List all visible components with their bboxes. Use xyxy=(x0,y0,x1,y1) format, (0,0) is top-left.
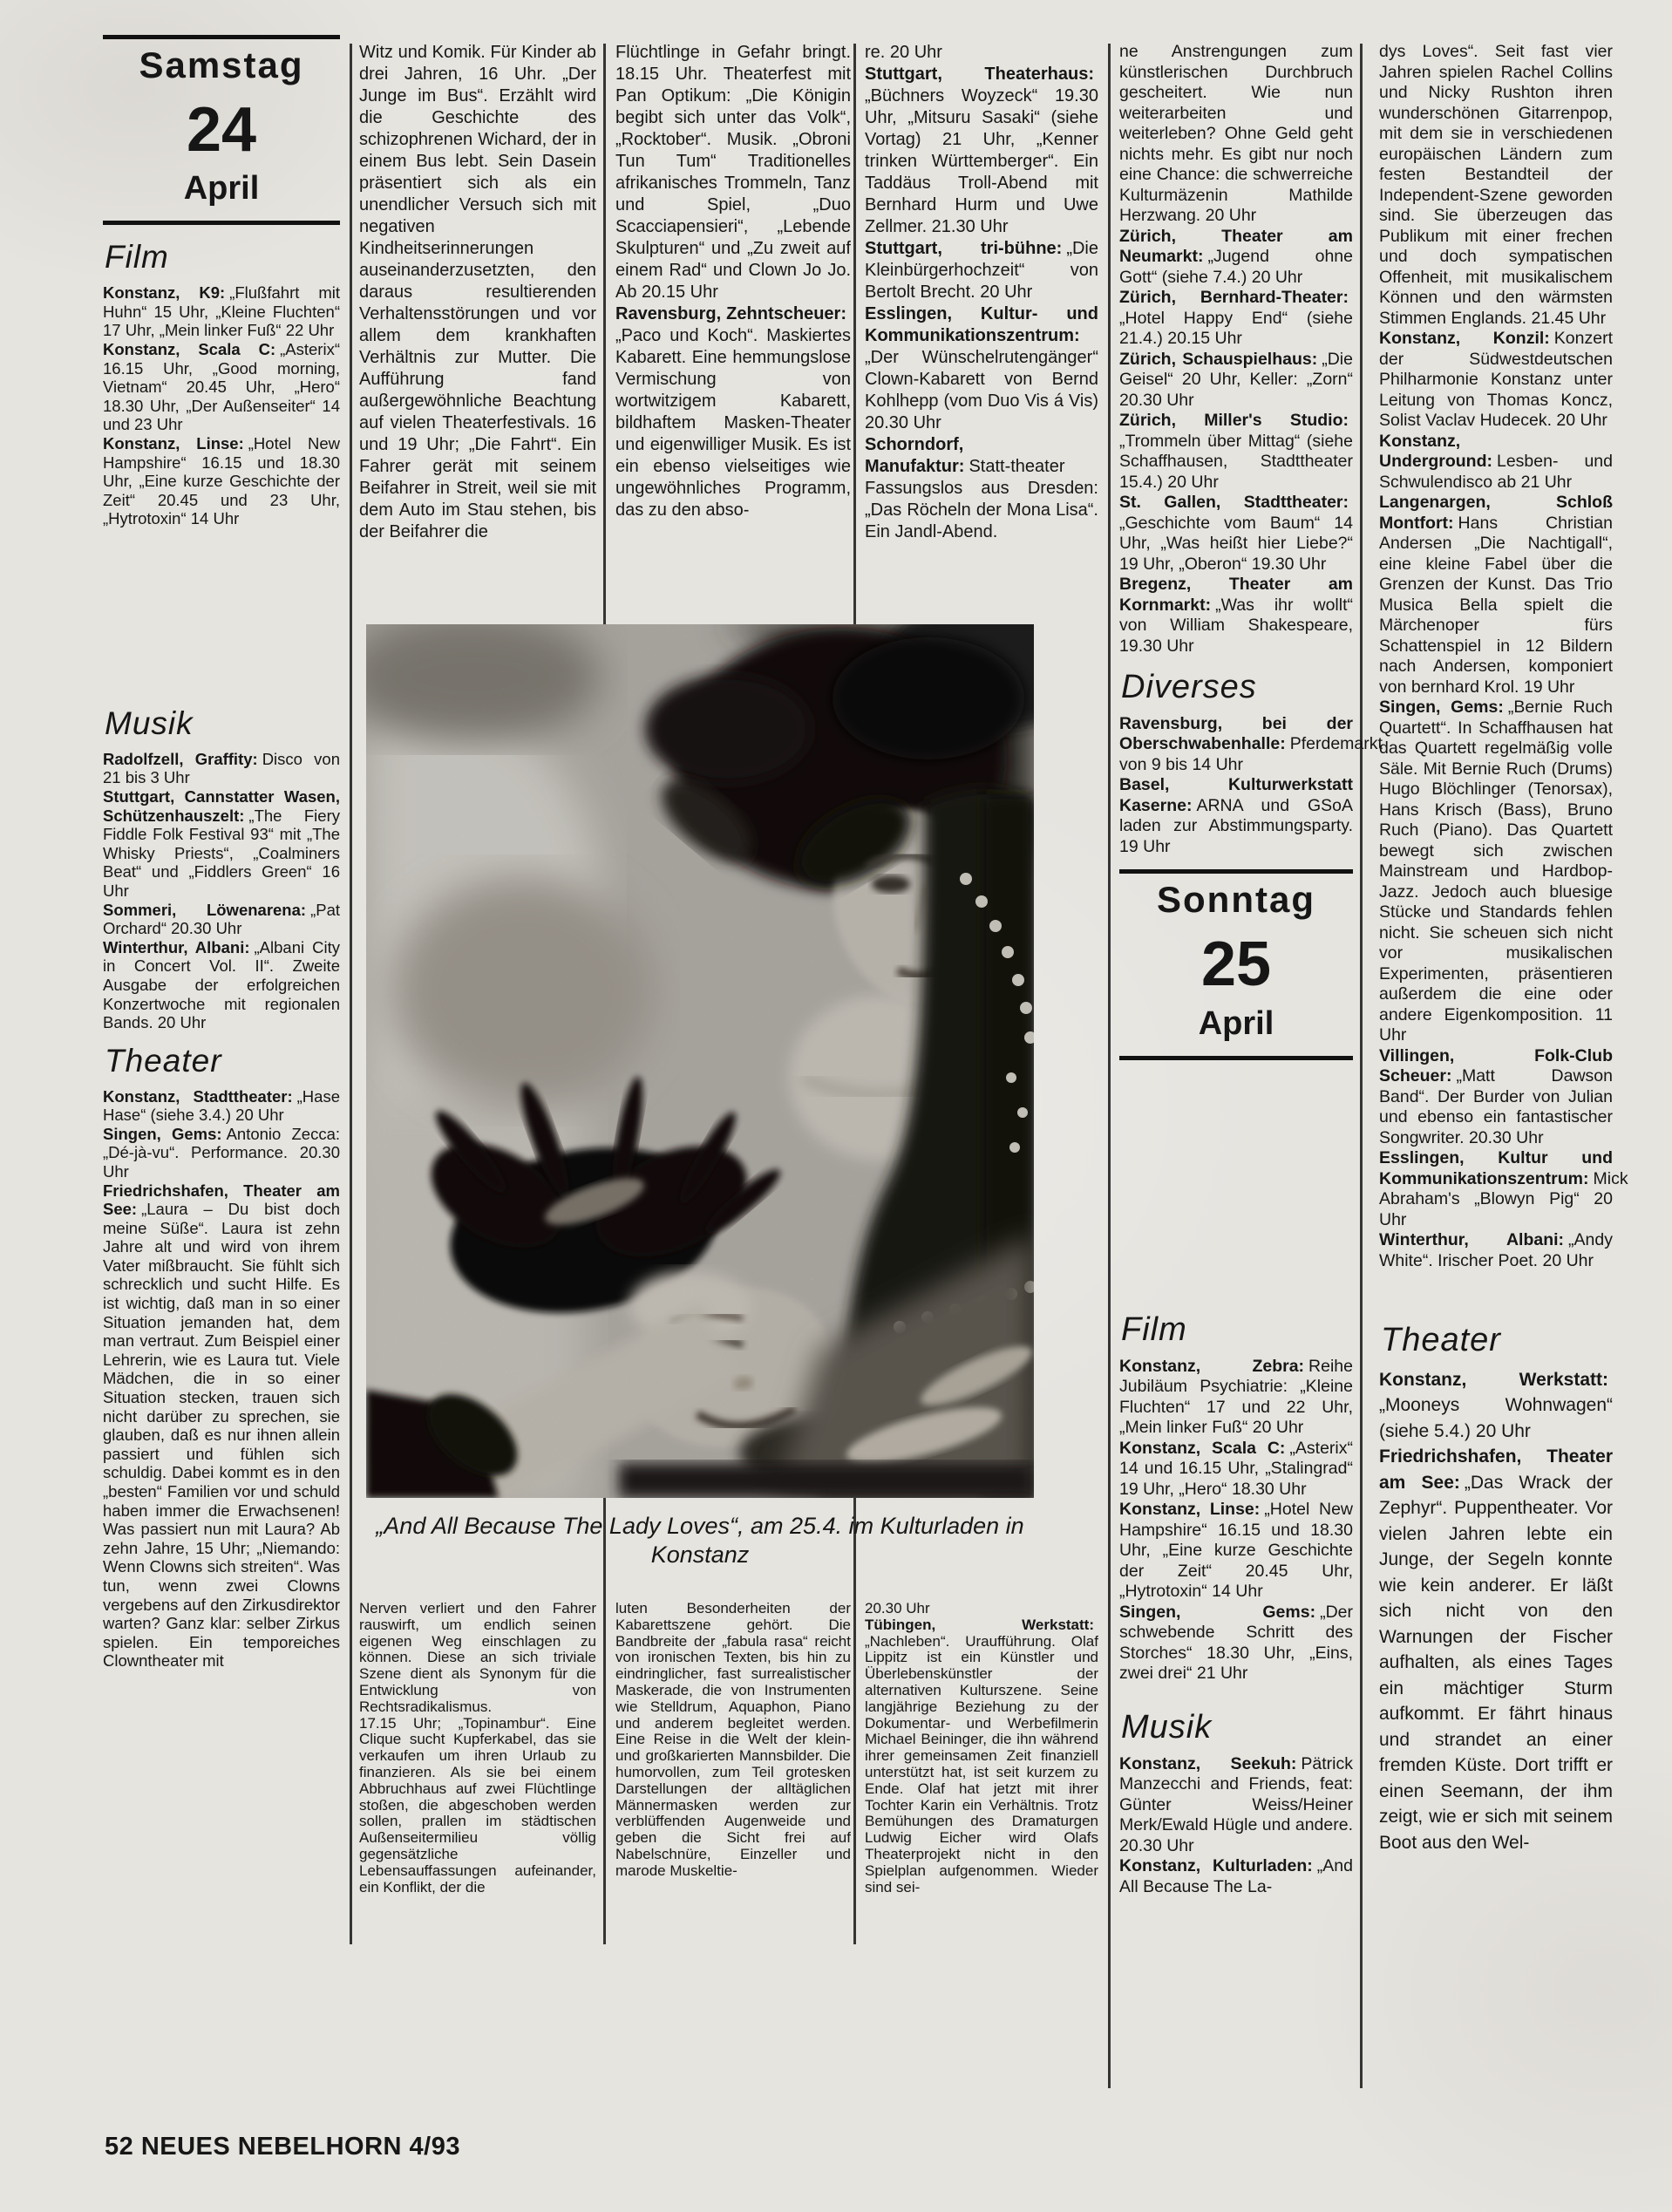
event-entry: Zürich, Schauspielhaus:„Die Geisel“ 20 U… xyxy=(1119,350,1353,412)
entry-venue: Winterthur, Albani: xyxy=(103,938,250,956)
event-entry: Zürich, Bernhard-Theater:„Hotel Happy En… xyxy=(1119,288,1353,350)
entry-text: Witz und Komik. Für Kinder ab drei Jahre… xyxy=(359,43,596,541)
entry-venue: Zürich, Schauspielhaus: xyxy=(1119,350,1317,369)
column-divider xyxy=(350,44,352,1944)
event-photo xyxy=(366,624,1034,1498)
entry-venue: Zürich, Bernhard-Theater: xyxy=(1119,288,1349,307)
entry-text: „Laura – Du bist doch meine Süße“. Laura… xyxy=(103,1200,340,1670)
event-entry: Konstanz, Stadttheater:„Hase Hase“ (sieh… xyxy=(103,1087,340,1125)
entry-venue: Konstanz, Scala C: xyxy=(1119,1439,1285,1458)
event-entry: Schorndorf, Manufaktur:Statt-theater Fas… xyxy=(865,434,1098,543)
event-entry: Villingen, Folk-Club Scheuer:„Matt Dawso… xyxy=(1379,1046,1613,1149)
event-entry: Konstanz, Konzil:Konzert der Südwestdeut… xyxy=(1379,329,1613,432)
continuation-paragraph: re. 20 Uhr xyxy=(865,42,1098,64)
event-entry: Konstanz, Underground:Lesben- und Schwul… xyxy=(1379,432,1613,493)
column-col1: Samstag24AprilFilmKonstanz, K9:„Flußfahr… xyxy=(103,35,340,1671)
event-entry: Radolfzell, Graffity:Disco von 21 bis 3 … xyxy=(103,750,340,787)
column-divider xyxy=(1108,44,1111,2088)
column-col3bot: luten Besonderheiten der Kabarettszene g… xyxy=(615,1601,851,1880)
entry-venue: Konstanz, Linse: xyxy=(1119,1500,1260,1519)
entry-text: „Bernie Ruch Quartett“. In Schaffhausen … xyxy=(1379,698,1613,1045)
day-number: 25 xyxy=(1119,935,1353,994)
continuation-paragraph: 20.30 Uhr xyxy=(865,1601,1098,1617)
column-divider xyxy=(1360,44,1363,2088)
entry-venue: Sommeri, Löwenarena: xyxy=(103,901,306,919)
entry-text: luten Besonderheiten der Kabarettszene g… xyxy=(615,1600,851,1879)
section-heading: Film xyxy=(105,241,340,275)
entry-venue: Konstanz, Underground: xyxy=(1379,432,1492,472)
entry-venue: Konstanz, Konzil: xyxy=(1379,329,1550,348)
day-name: Sonntag xyxy=(1119,881,1353,919)
entry-text: 20.30 Uhr xyxy=(865,1600,930,1616)
entry-text: „Paco und Koch“. Maskiertes Kabarett. Ei… xyxy=(615,326,851,520)
event-entry: Stuttgart, Theaterhaus:„Büchners Woyzeck… xyxy=(865,64,1098,238)
event-entry: Singen, Gems:„Der schwebende Schritt des… xyxy=(1119,1603,1353,1685)
page-footer: 52 NEUES NEBELHORN 4/93 xyxy=(105,2133,460,2161)
entry-venue: Konstanz, Stadttheater: xyxy=(103,1087,293,1106)
entry-text: 17.15 Uhr; „Topinambur“. Eine Clique suc… xyxy=(359,1715,596,1896)
day-name: Samstag xyxy=(103,46,340,85)
column-col4top: re. 20 UhrStuttgart, Theaterhaus:„Büchne… xyxy=(865,42,1098,543)
section-heading: Musik xyxy=(1121,1711,1353,1746)
entry-text: Nerven verliert und den Fahrer rauswirft… xyxy=(359,1600,596,1715)
entry-venue: Stuttgart, tri-bühne: xyxy=(865,239,1062,258)
event-entry: Singen, Gems:Antonio Zecca: „Dé-jà-vu“. … xyxy=(103,1125,340,1181)
entry-venue: Konstanz, K9: xyxy=(103,283,225,302)
photo-caption: „And All Because The Lady Loves“, am 25.… xyxy=(366,1512,1034,1569)
continuation-paragraph: Flüchtlinge in Gefahr bringt. 18.15 Uhr.… xyxy=(615,42,851,303)
event-entry: Singen, Gems:„Bernie Ruch Quartett“. In … xyxy=(1379,698,1613,1046)
entry-venue: Radolfzell, Graffity: xyxy=(103,750,258,768)
entry-text: „Hotel Happy End“ (siehe 21.4.) 20.15 Uh… xyxy=(1119,309,1353,349)
event-entry: Konstanz, Linse:„Hotel New Hampshire“ 16… xyxy=(1119,1500,1353,1603)
event-entry: Ravensburg, Zehntscheuer:„Paco und Koch“… xyxy=(615,303,851,521)
entry-text: dys Loves“. Seit fast vier Jahren spiele… xyxy=(1379,42,1613,328)
event-entry: Sommeri, Löwenarena:„Pat Orchard“ 20.30 … xyxy=(103,901,340,938)
event-entry: Langenargen, Schloß Montfort:Hans Christ… xyxy=(1379,493,1613,698)
column-col6: dys Loves“. Seit fast vier Jahren spiele… xyxy=(1379,42,1613,1855)
entry-text: Hans Christian Andersen „Die Nachtigall“… xyxy=(1379,514,1613,697)
event-entry: Konstanz, Werkstatt:„Mooneys Wohnwagen“ … xyxy=(1379,1367,1613,1445)
photo-caption-line2: Konstanz xyxy=(366,1541,1034,1569)
column-col3top: Flüchtlinge in Gefahr bringt. 18.15 Uhr.… xyxy=(615,42,851,521)
entry-venue: Esslingen, Kultur und Kommunikationszent… xyxy=(1379,1148,1613,1188)
event-entry: St. Gallen, Stadttheater:„Geschichte vom… xyxy=(1119,493,1353,575)
entry-venue: Singen, Gems: xyxy=(1379,698,1504,717)
event-entry: Konstanz, Scala C:„Asterix“ 16.15 Uhr, „… xyxy=(103,340,340,434)
photo-illustration xyxy=(366,624,1034,1498)
section-heading: Theater xyxy=(1381,1324,1613,1358)
entry-venue: Stuttgart, Theaterhaus: xyxy=(865,65,1094,84)
event-entry: Zürich, Miller's Studio:„Trommeln über M… xyxy=(1119,411,1353,493)
entry-text: „Nachleben“. Uraufführung. Olaf Lippitz … xyxy=(865,1633,1098,1896)
day-number: 24 xyxy=(103,100,340,160)
entry-text: „Trommeln über Mittag“ (siehe Schaffhaus… xyxy=(1119,432,1353,492)
day-header: Sonntag25April xyxy=(1119,869,1353,1059)
entry-text: re. 20 Uhr xyxy=(865,43,942,62)
continuation-paragraph: ne Anstrengungen zum künstlerischen Durc… xyxy=(1119,42,1353,227)
entry-text: Flüchtlinge in Gefahr bringt. 18.15 Uhr.… xyxy=(615,43,851,302)
event-entry: Konstanz, Seekuh:Pätrick Manzecchi and F… xyxy=(1119,1754,1353,1857)
day-month: April xyxy=(103,172,340,207)
column-col2bot: Nerven verliert und den Fahrer rauswirft… xyxy=(359,1601,596,1896)
continuation-paragraph: luten Besonderheiten der Kabarettszene g… xyxy=(615,1601,851,1880)
event-entry: Stuttgart, Cannstatter Wasen, Schützenha… xyxy=(103,787,340,901)
event-entry: Friedrichshafen, Theater am See:„Laura –… xyxy=(103,1181,340,1671)
entry-venue: St. Gallen, Stadttheater: xyxy=(1119,493,1349,512)
entry-text: „Das Wrack der Zephyr“. Puppentheater. V… xyxy=(1379,1473,1613,1853)
entry-venue: Zürich, Miller's Studio: xyxy=(1119,411,1349,430)
event-entry: Esslingen, Kultur und Kommunikationszent… xyxy=(1379,1148,1613,1230)
photo-caption-line1: „And All Because The Lady Loves“, am 25.… xyxy=(366,1512,1034,1541)
event-entry: Konstanz, Zebra:Reihe Jubiläum Psychiatr… xyxy=(1119,1357,1353,1439)
event-entry: Friedrichshafen, Theater am See:„Das Wra… xyxy=(1379,1444,1613,1855)
section-heading: Theater xyxy=(105,1045,340,1079)
entry-venue: Konstanz, Seekuh: xyxy=(1119,1754,1296,1773)
continuation-paragraph: Nerven verliert und den Fahrer rauswirft… xyxy=(359,1601,596,1716)
entry-text: „Geschichte vom Baum“ 14 Uhr, „Was heißt… xyxy=(1119,514,1353,574)
day-month: April xyxy=(1119,1007,1353,1042)
entry-venue: Konstanz, Scala C: xyxy=(103,340,275,358)
event-entry: Winterthur, Albani:„Albani City in Conce… xyxy=(103,938,340,1032)
event-entry: Zürich, Theater am Neumarkt:„Jugend ohne… xyxy=(1119,227,1353,289)
newspaper-page: { "colors": {"paper": "#e6e4df", "ink": … xyxy=(0,0,1672,2212)
section-heading: Film xyxy=(1121,1313,1353,1348)
event-entry: Tübingen, Werkstatt:„Nachleben“. Urauffü… xyxy=(865,1617,1098,1896)
entry-venue: Singen, Gems: xyxy=(103,1125,222,1143)
section-heading: Musik xyxy=(105,707,340,741)
event-entry: Konstanz, Scala C:„Asterix“ 14 und 16.15… xyxy=(1119,1439,1353,1501)
entry-venue: Konstanz, Linse: xyxy=(103,434,244,453)
continuation-paragraph: 17.15 Uhr; „Topinambur“. Eine Clique suc… xyxy=(359,1716,596,1896)
entry-text: ne Anstrengungen zum künstlerischen Durc… xyxy=(1119,42,1353,225)
entry-venue: Esslingen, Kultur- und Kommunikationszen… xyxy=(865,304,1098,345)
column-col2top: Witz und Komik. Für Kinder ab drei Jahre… xyxy=(359,42,596,543)
event-entry: Konstanz, Linse:„Hotel New Hampshire“ 16… xyxy=(103,434,340,528)
column-col5: ne Anstrengungen zum künstlerischen Durc… xyxy=(1119,42,1353,1897)
entry-venue: Konstanz, Zebra: xyxy=(1119,1357,1304,1376)
entry-venue: Tübingen, Werkstatt: xyxy=(865,1616,1094,1633)
event-entry: Konstanz, Kulturladen:„And All Because T… xyxy=(1119,1856,1353,1897)
entry-text: „Mooneys Wohnwagen“ (siehe 5.4.) 20 Uhr xyxy=(1379,1395,1613,1441)
day-header: Samstag24April xyxy=(103,35,340,225)
event-entry: Basel, Kulturwerkstatt Kaserne:ARNA und … xyxy=(1119,775,1353,857)
entry-text: „Büchners Woyzeck“ 19.30 Uhr, „Mitsuru S… xyxy=(865,86,1098,236)
section-heading: Diverses xyxy=(1121,670,1353,705)
event-entry: Winterthur, Albani:„Andy White“. Irische… xyxy=(1379,1230,1613,1271)
entry-venue: Ravensburg, Zehntscheuer: xyxy=(615,304,846,323)
entry-text: „Der Wünschelrutengänger“ Clown-Kabarett… xyxy=(865,348,1098,432)
event-entry: Stuttgart, tri-bühne:„Die Kleinbürgerhoc… xyxy=(865,238,1098,303)
entry-venue: Konstanz, Werkstatt: xyxy=(1379,1370,1608,1390)
event-entry: Konstanz, K9:„Flußfahrt mit Huhn“ 15 Uhr… xyxy=(103,283,340,340)
event-entry: Ravensburg, bei der Oberschwabenhalle:Pf… xyxy=(1119,714,1353,776)
entry-venue: Schorndorf, Manufaktur: xyxy=(865,435,964,476)
event-entry: Esslingen, Kultur- und Kommunikationszen… xyxy=(865,303,1098,434)
column-col4bot: 20.30 UhrTübingen, Werkstatt:„Nachleben“… xyxy=(865,1601,1098,1896)
entry-venue: Singen, Gems: xyxy=(1119,1603,1315,1622)
continuation-paragraph: Witz und Komik. Für Kinder ab drei Jahre… xyxy=(359,42,596,543)
entry-venue: Konstanz, Kulturladen: xyxy=(1119,1856,1313,1875)
event-entry: Bregenz, Theater am Kornmarkt:„Was ihr w… xyxy=(1119,575,1353,657)
entry-venue: Winterthur, Albani: xyxy=(1379,1230,1564,1249)
continuation-paragraph: dys Loves“. Seit fast vier Jahren spiele… xyxy=(1379,42,1613,329)
